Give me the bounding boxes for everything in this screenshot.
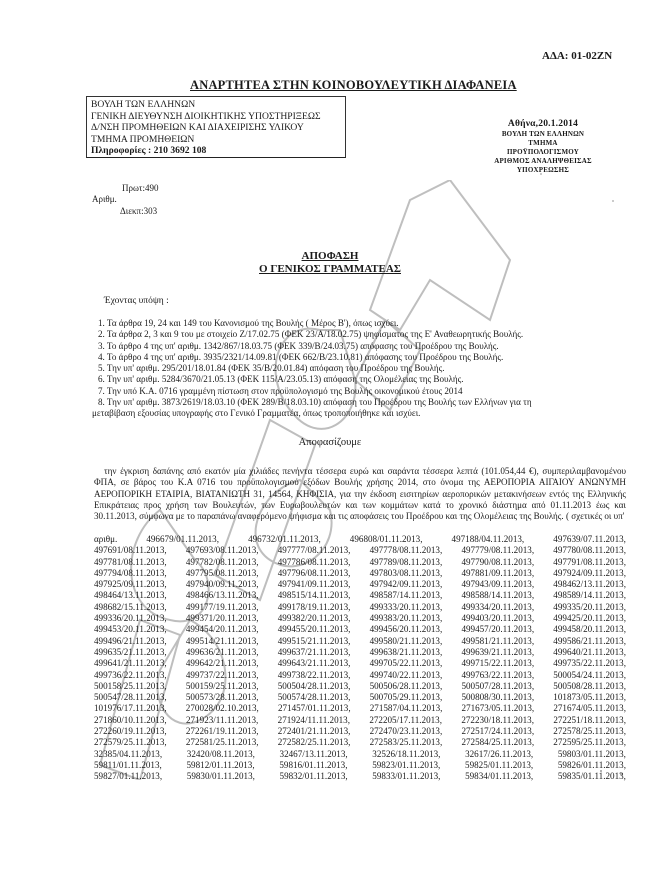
reference-entry: 101976/17.11.2013, — [94, 703, 167, 714]
reference-entry: 499738/22.11.2013, — [278, 670, 351, 681]
reference-entry: 59827/01.11.2013, — [94, 771, 162, 782]
reference-entry: 498464/13.11.2013, — [94, 590, 167, 601]
decision-title: ΑΠΟΦΑΣΗ — [259, 250, 401, 263]
reference-entry: 499514/21.11.2013, — [186, 636, 259, 647]
reference-entry: 499454/20.11.2013, — [186, 624, 259, 635]
reference-entry: 497786/08.11.2013, — [278, 557, 351, 568]
reference-entry: 272261/19.11.2013, — [186, 726, 259, 737]
consideration-item: 7. Την υπό Κ.Α. 0716 γραμμένη πίστωση στ… — [98, 386, 638, 397]
reference-entry: 500574/28.11.2013, — [278, 692, 351, 703]
recipient-line-5: ΥΠΟΧΡΕΩΣΗΣ — [478, 166, 608, 175]
reference-entry: 272470/23.11.2013, — [370, 726, 443, 737]
reference-entry: 271673/05.11.2013, — [462, 703, 535, 714]
reference-entry: 496679/01.11.2013, — [146, 534, 219, 545]
reference-entry: 499639/21.11.2013, — [461, 647, 534, 658]
reference-entry: 272581/25.11.2013, — [186, 737, 259, 748]
reference-entry: 59811/01.11.2013, — [94, 760, 162, 771]
reference-entry: 499640/21.11.2013, — [553, 647, 626, 658]
reference-entry: 272251/18.11.2013, — [553, 715, 626, 726]
reference-entry: 497790/08.11.2013, — [461, 557, 534, 568]
reference-line: αριθμ.496679/01.11.2013,496732/01.11.201… — [94, 534, 626, 545]
reference-entry: 499371/20.11.2013, — [186, 613, 259, 624]
reference-entry: 498462/13.11.2013, — [553, 579, 626, 590]
reference-entry: 497795/08.11.2013, — [186, 568, 259, 579]
reference-entry: 496732/01.11.2013, — [248, 534, 321, 545]
reference-entry: 500504/28.11.2013, — [278, 681, 351, 692]
reference-line: 500158/25.11.2013,500159/25.11.2013,5005… — [94, 681, 626, 692]
reference-entry: 500506/28.11.2013, — [370, 681, 443, 692]
sender-phone: Πληροφορίες : 210 3692 108 — [91, 145, 341, 157]
reference-entry: 499425/20.11.2013, — [553, 613, 626, 624]
sender-line-1: ΒΟΥΛΗ ΤΩΝ ΕΛΛΗΝΩΝ — [91, 99, 341, 111]
reference-entry: 270028/02.10.2013, — [186, 703, 259, 714]
reference-entry: 497943/09.11.2013, — [461, 579, 534, 590]
decide-heading: Αποφασίζουμε — [299, 437, 362, 448]
reference-line: 271860/10.11.2013,271923/11.11.2013,2719… — [94, 715, 626, 726]
reference-entry: 499643/21.11.2013, — [278, 658, 351, 669]
reference-entry: 500547/28.11.2013, — [94, 692, 167, 703]
reference-entry: 497941/09.11.2013, — [278, 579, 351, 590]
reference-entry: 497778/08.11.2013, — [370, 545, 443, 556]
reference-entry: 499641/21.11.2013, — [94, 658, 167, 669]
reference-entry: 499763/22.11.2013, — [461, 670, 534, 681]
reference-line: 499496/21.11.2013,499514/21.11.2013,4995… — [94, 636, 626, 647]
reference-entry: 272595/25.11.2013, — [553, 737, 626, 748]
considerations-list: 1. Τα άρθρα 19, 24 και 149 του Κανονισμο… — [98, 318, 638, 420]
reference-entry: 59835/01.11.2013, — [558, 771, 626, 782]
reference-entry: 32617/26.11.2013, — [465, 749, 533, 760]
reference-entry: 499333/20.11.2013, — [370, 602, 443, 613]
reference-line: 499736/22.11.2013,499737/22.11.2013,4997… — [94, 670, 626, 681]
reference-entry: 497780/08.11.2013, — [553, 545, 626, 556]
reference-line: 499453/20.11.2013,499454/20.11.2013,4994… — [94, 624, 626, 635]
reference-entry: 499335/20.11.2013, — [553, 602, 626, 613]
reference-entry: 499383/20.11.2013, — [370, 613, 443, 624]
reference-entry: 271457/01.11.2013, — [278, 703, 351, 714]
reference-entry: 497940/09.11.2013, — [186, 579, 259, 590]
reference-entry: 499456/20.11.2013, — [370, 624, 443, 635]
reference-entry: 499737/22.11.2013, — [186, 670, 259, 681]
reference-entry: 498466/13.11.2013, — [186, 590, 259, 601]
reference-entry: 499178/19.11.2013, — [278, 602, 351, 613]
sender-line-4: ΤΜΗΜΑ ΠΡΟΜΗΘΕΙΩΝ — [91, 134, 341, 146]
reference-entry: 499635/21.11.2013, — [94, 647, 167, 658]
reference-entry: 499453/20.11.2013, — [94, 624, 167, 635]
reference-line: 498682/15.11.2013,499177/19.11.2013,4991… — [94, 602, 626, 613]
posted-notice: ΑΝΑΡΤΗΤΕΑ ΣΤΗΝ ΚΟΙΝΟΒΟΥΛΕΥΤΙΚΗ ΔΙΑΦΑΝΕΙΑ — [190, 78, 517, 93]
sender-box: ΒΟΥΛΗ ΤΩΝ ΕΛΛΗΝΩΝ ΓΕΝΙΚΗ ΔΙΕΥΘΥΝΣΗ ΔΙΟΙΚ… — [86, 96, 346, 158]
reference-line: 272260/19.11.2013,272261/19.11.2013,2724… — [94, 726, 626, 737]
reference-entry: 59826/01.11.2013, — [558, 760, 626, 771]
sender-line-3: Δ/ΝΣΗ ΠΡΟΜΗΘΕΙΩΝ ΚΑΙ ΔΙΑΧΕΙΡΙΣΗΣ ΥΛΙΚΟΥ — [91, 122, 341, 134]
decision-title-block: ΑΠΟΦΑΣΗ Ο ΓΕΝΙΚΟΣ ΓΡΑΜΜΑΤΕΑΣ — [259, 250, 401, 276]
reference-entry: 272583/25.11.2013, — [370, 737, 443, 748]
reference-entry: 499336/20.11.2013, — [94, 613, 167, 624]
reference-line: 32385/04.11.2013,32420/08.11.2013,32467/… — [94, 749, 626, 760]
reference-entry: 101873/05.11.2013, — [553, 692, 626, 703]
reference-entry: 32385/04.11.2013, — [94, 749, 162, 760]
reference-entry: αριθμ. — [94, 534, 117, 545]
reference-entry: 59825/01.11.2013, — [465, 760, 533, 771]
reference-line: 272579/25.11.2013,272581/25.11.2013,2725… — [94, 737, 626, 748]
recipient-block: Αθήνα,20.1.2014 ΒΟΥΛΗ ΤΩΝ ΕΛΛΗΝΩΝ ΤΜΗΜΑ … — [478, 119, 608, 175]
reference-entry: 499637/21.11.2013, — [278, 647, 351, 658]
reference-entry: 498515/14.11.2013, — [278, 590, 351, 601]
consideration-item: 1. Τα άρθρα 19, 24 και 149 του Κανονισμο… — [98, 318, 638, 329]
reference-entry: 498587/14.11.2013, — [370, 590, 443, 601]
dispatch-number: Διεκπ:303 — [120, 206, 157, 217]
reference-entry: 499403/20.11.2013, — [461, 613, 534, 624]
reference-entry: 499496/21.11.2013, — [94, 636, 167, 647]
decision-body-text: την έγκριση δαπάνης από εκατόν μία χιλιά… — [94, 466, 626, 522]
reference-entry: 497942/09.11.2013, — [370, 579, 443, 590]
reference-entry: 497779/08.11.2013, — [461, 545, 534, 556]
reference-entry: 497796/08.11.2013, — [278, 568, 351, 579]
recipient-line-3: ΠΡΟΫΠΟΛΟΓΙΣΜΟΥ — [478, 148, 608, 157]
consideration-item: 4. Το άρθρο 4 της υπ' αριθμ. 3935/2321/1… — [98, 352, 638, 363]
reference-entry: 500808/30.11.2013, — [461, 692, 534, 703]
reference-entry: 499177/19.11.2013, — [186, 602, 259, 613]
reference-entry: 498588/14.11.2013, — [461, 590, 534, 601]
reference-entry: 496808/01.11.2013, — [350, 534, 423, 545]
reference-entry: 500507/28.11.2013, — [461, 681, 534, 692]
reference-entry: 59830/01.11.2013, — [187, 771, 255, 782]
reference-entry: 497639/07.11.2013, — [553, 534, 626, 545]
reference-line: 59827/01.11.2013,59830/01.11.2013,59832/… — [94, 771, 626, 782]
consideration-item: 6. Την υπ' αριθμ. 5284/3670/21.05.13 (ΦΕ… — [98, 374, 638, 385]
reference-entry: 499580/21.11.2013, — [370, 636, 443, 647]
decision-subtitle: Ο ΓΕΝΙΚΟΣ ΓΡΑΜΜΑΤΕΑΣ — [259, 263, 401, 276]
reference-line: 499635/21.11.2013,499636/21.11.2013,4996… — [94, 647, 626, 658]
reference-entry: 59812/01.11.2013, — [187, 760, 255, 771]
reference-entry: 497791/08.11.2013, — [553, 557, 626, 568]
reference-entry: 272582/25.11.2013, — [278, 737, 351, 748]
reference-entry: 271587/04.11.2013, — [370, 703, 443, 714]
consideration-item: 2. Τα άρθρα 2, 3 και 9 του με στοιχείο Ζ… — [98, 329, 638, 340]
reference-entry: 272230/18.11.2013, — [461, 715, 534, 726]
consideration-item: 3. Το άρθρο 4 της υπ' αριθμ. 1342/867/18… — [98, 341, 638, 352]
reference-entry: 499740/22.11.2013, — [370, 670, 443, 681]
reference-entry: 499515/21.11.2013, — [278, 636, 351, 647]
consideration-item: μεταβίβαση εξουσίας υπογραφής στο Γενικό… — [92, 408, 638, 419]
reference-entry: 272579/25.11.2013, — [94, 737, 167, 748]
reference-entry: 271860/10.11.2013, — [94, 715, 167, 726]
reference-line: 499336/20.11.2013,499371/20.11.2013,4993… — [94, 613, 626, 624]
reference-entry: 499736/22.11.2013, — [94, 670, 167, 681]
consideration-item: 8. Την υπ' αριθμ. 3873/2619/18.03.10 (ΦΕ… — [98, 397, 638, 408]
reference-line: 497925/09.11.2013,497940/09.11.2013,4979… — [94, 579, 626, 590]
reference-entry: 499457/20.11.2013, — [461, 624, 534, 635]
reference-entry: 272401/21.11.2013, — [278, 726, 351, 737]
reference-line: 498464/13.11.2013,498466/13.11.2013,4985… — [94, 590, 626, 601]
reference-entry: 499458/20.11.2013, — [553, 624, 626, 635]
reference-line: 500547/28.11.2013,500573/28.11.2013,5005… — [94, 692, 626, 703]
number-label: Αριθμ. — [92, 194, 117, 205]
protocol-number: Πρωτ:490 — [122, 183, 159, 194]
reference-entry: 272517/24.11.2013, — [461, 726, 534, 737]
sender-line-2: ΓΕΝΙΚΗ ΔΙΕΥΘΥΝΣΗ ΔΙΟΙΚΗΤΙΚΗΣ ΥΠΟΣΤΗΡΙΞΕΩ… — [91, 111, 341, 123]
reference-entry: 497881/09.11.2013, — [461, 568, 534, 579]
reference-entry: 499334/20.11.2013, — [461, 602, 534, 613]
recipient-line-1: ΒΟΥΛΗ ΤΩΝ ΕΛΛΗΝΩΝ — [478, 130, 608, 139]
reference-entry: 497925/09.11.2013, — [94, 579, 167, 590]
reference-entry: 59834/01.11.2013, — [465, 771, 533, 782]
reference-line: 497781/08.11.2013,497782/08.11.2013,4977… — [94, 557, 626, 568]
reference-line: 497691/08.11.2013,497693/08.11.2013,4977… — [94, 545, 626, 556]
reference-numbers: αριθμ.496679/01.11.2013,496732/01.11.201… — [94, 534, 626, 783]
reference-line: 499641/21.11.2013,499642/21.11.2013,4996… — [94, 658, 626, 669]
reference-entry: 272584/25.11.2013, — [461, 737, 534, 748]
reference-line: 101976/17.11.2013,270028/02.10.2013,2714… — [94, 703, 626, 714]
reference-line: 59811/01.11.2013,59812/01.11.2013,59816/… — [94, 760, 626, 771]
reference-entry: 32526/18.11.2013, — [372, 749, 440, 760]
reference-entry: 499735/22.11.2013, — [553, 658, 626, 669]
reference-entry: 499705/22.11.2013, — [370, 658, 443, 669]
reference-entry: 271674/05.11.2013, — [553, 703, 626, 714]
reference-entry: 497794/08.11.2013, — [94, 568, 167, 579]
reference-entry: 497188/04.11.2013, — [452, 534, 525, 545]
reference-entry: 59823/01.11.2013, — [372, 760, 440, 771]
reference-entry: 500705/29.11.2013, — [370, 692, 443, 703]
reference-entry: 497691/08.11.2013, — [94, 545, 167, 556]
reference-entry: 272205/17.11.2013, — [369, 715, 442, 726]
reference-entry: 272260/19.11.2013, — [94, 726, 167, 737]
reference-entry: 499642/21.11.2013, — [186, 658, 259, 669]
reference-entry: 497789/08.11.2013, — [370, 557, 443, 568]
reference-entry: 59803/01.11.2013, — [558, 749, 626, 760]
reference-entry: 498682/15.11.2013, — [94, 602, 167, 613]
reference-entry: 499636/21.11.2013, — [186, 647, 259, 658]
reference-entry: 272578/25.11.2013, — [553, 726, 626, 737]
reference-entry: 32467/13.11.2013, — [280, 749, 348, 760]
reference-entry: 32420/08.11.2013, — [187, 749, 255, 760]
reference-entry: 500573/28.11.2013, — [186, 692, 259, 703]
reference-entry: 499715/22.11.2013, — [461, 658, 534, 669]
reference-entry: 271923/11.11.2013, — [186, 715, 258, 726]
reference-line: 497794/08.11.2013,497795/08.11.2013,4977… — [94, 568, 626, 579]
reference-entry: 497777/08.11.2013, — [278, 545, 351, 556]
city-date: Αθήνα,20.1.2014 — [478, 119, 608, 130]
reference-entry: 497803/08.11.2013, — [370, 568, 443, 579]
reference-entry: 497782/08.11.2013, — [186, 557, 259, 568]
reference-entry: 500054/24.11.2013, — [553, 670, 626, 681]
recipient-line-2: ΤΜΗΜΑ — [478, 139, 608, 148]
decision-body: την έγκριση δαπάνης από εκατόν μία χιλιά… — [94, 466, 626, 522]
reference-entry: 500508/28.11.2013, — [553, 681, 626, 692]
reference-entry: 499638/21.11.2013, — [370, 647, 443, 658]
reference-entry: 499455/20.11.2013, — [278, 624, 351, 635]
reference-entry: 499382/20.11.2013, — [278, 613, 351, 624]
reference-entry: 498589/14.11.2013, — [553, 590, 626, 601]
reference-entry: 497781/08.11.2013, — [94, 557, 167, 568]
reference-entry: 497693/08.11.2013, — [186, 545, 259, 556]
reference-entry: 499586/21.11.2013, — [553, 636, 626, 647]
reference-entry: 59832/01.11.2013, — [280, 771, 348, 782]
reference-entry: 500158/25.11.2013, — [94, 681, 167, 692]
reference-entry: 497924/09.11.2013, — [553, 568, 626, 579]
reference-entry: 499581/21.11.2013, — [461, 636, 534, 647]
reference-entry: 500159/25.11.2013, — [186, 681, 259, 692]
having-regard-label: Έχοντας υπόψη : — [104, 296, 169, 306]
reference-entry: 59816/01.11.2013, — [279, 760, 347, 771]
ada-code: ΑΔΑ: 01-02ΖΝ — [542, 50, 612, 62]
consideration-item: 5. Την υπ' αριθμ. 295/201/18.01.84 (ΦΕΚ … — [98, 363, 638, 374]
reference-entry: 271924/11.11.2013, — [278, 715, 350, 726]
recipient-line-4: ΑΡΙΘΜΟΣ ΑΝΑΛΗΨΘΕΙΣΑΣ — [478, 157, 608, 166]
reference-entry: 59833/01.11.2013, — [372, 771, 440, 782]
